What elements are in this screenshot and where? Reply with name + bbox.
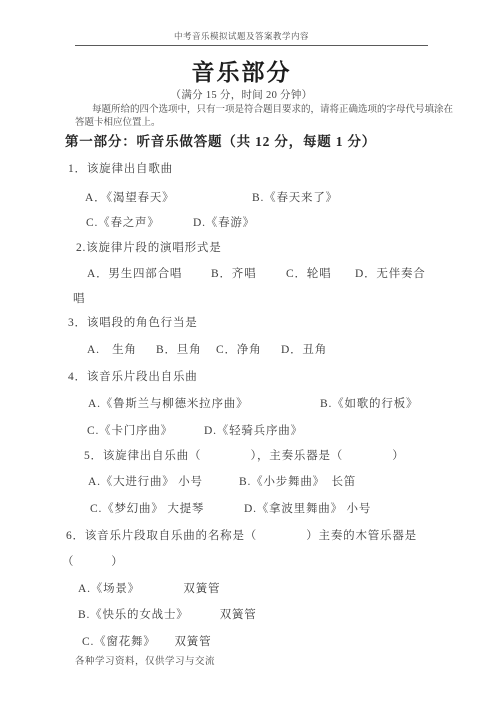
question-5-option-b: B.《小步舞曲》 长笛 [239, 473, 356, 489]
question-1-stem: 1．该旋律出自歌曲 [68, 160, 173, 176]
question-2-stem: 2.该旋律片段的演唱形式是 [76, 239, 222, 255]
instructions-line-1: 每题所给的四个选项中，只有一项是符合题目要求的，请将正确选项的字母代号填涂在 [92, 101, 453, 115]
question-4-option-b: B.《如歌的行板》 [320, 395, 418, 411]
page-subtitle: （满分 15 分，时间 20 分钟） [0, 87, 483, 102]
question-4-stem: 4．该音乐片段出自乐曲 [68, 368, 198, 384]
page-header-text: 中考音乐模拟试题及答案教学内容 [0, 30, 483, 42]
instructions-line-2: 答题卡相应位置上。 [75, 114, 161, 128]
question-2-option-c: C．轮唱 [286, 265, 331, 281]
question-1-option-c: C.《春之声》 [86, 214, 160, 230]
question-5-stem: 5．该旋律出自乐曲（ ），主奏乐器是（ ） [84, 447, 405, 463]
question-5-options-row-1: A.《大进行曲》 小号 B.《小步舞曲》 长笛 [0, 473, 500, 489]
question-1-option-b: B.《春天来了》 [252, 189, 338, 205]
question-2-option-a: A．男生四部合唱 [87, 265, 182, 281]
question-5-option-a: A.《大进行曲》 小号 [88, 473, 203, 489]
question-2-options-row: A．男生四部合唱 B．齐唱 C．轮唱 D．无伴奏合 [0, 265, 500, 281]
question-1-options-row-1: A．《渴望春天》 B.《春天来了》 [0, 189, 500, 205]
question-2-option-b: B．齐唱 [211, 265, 256, 281]
question-3-option-c: C．净角 [216, 341, 261, 357]
question-3-option-a: A. 生角 [87, 341, 137, 357]
page-title: 音乐部分 [0, 54, 483, 87]
section-heading: 第一部分：听音乐做答题（共 12 分，每题 1 分） [65, 130, 376, 150]
question-4-options-row-1: A.《鲁斯兰与柳德米拉序曲》 B.《如歌的行板》 [0, 395, 500, 411]
question-6-stem-line-1: 6．该音乐片段取自乐曲的名称是（ ）主奏的木管乐器是 [66, 527, 417, 543]
question-4-option-a: A.《鲁斯兰与柳德米拉序曲》 [88, 395, 248, 411]
question-5-option-c: C.《梦幻曲》 大提琴 [90, 500, 204, 516]
question-3-stem: 3．该唱段的角色行当是 [68, 314, 198, 330]
question-1-options-row-2: C.《春之声》 D.《春游》 [0, 214, 500, 230]
question-6-option-b: B.《快乐的女战士》 双簧管 [78, 606, 257, 622]
question-6-option-c: C.《窗花舞》 双簧管 [82, 633, 211, 649]
question-2-option-d: D．无伴奏合 [355, 265, 426, 281]
question-6-option-a: A.《场景》 双簧管 [78, 580, 220, 596]
question-3-options-row: A. 生角 B．旦角 C．净角 D．丑角 [0, 341, 500, 357]
page-footer-text: 各种学习资料，仅供学习与交流 [75, 653, 215, 667]
question-4-option-d: D.《轻骑兵序曲》 [204, 422, 303, 438]
question-6-stem-line-2: （ ） [62, 553, 124, 569]
question-3-option-b: B．旦角 [156, 341, 201, 357]
question-2-option-d-wrap: 唱 [73, 290, 85, 306]
question-5-options-row-2: C.《梦幻曲》 大提琴 D.《拿波里舞曲》 小号 [0, 500, 500, 516]
header-divider [75, 45, 428, 46]
question-4-options-row-2: C.《卡门序曲》 D.《轻骑兵序曲》 [0, 422, 500, 438]
question-3-option-d: D．丑角 [281, 341, 327, 357]
question-5-option-d: D.《拿波里舞曲》 小号 [244, 500, 371, 516]
exam-page: 中考音乐模拟试题及答案教学内容 音乐部分 （满分 15 分，时间 20 分钟） … [0, 0, 500, 707]
question-4-option-c: C.《卡门序曲》 [87, 422, 173, 438]
question-1-option-a: A．《渴望春天》 [85, 189, 174, 205]
question-1-option-d: D.《春游》 [193, 214, 255, 230]
